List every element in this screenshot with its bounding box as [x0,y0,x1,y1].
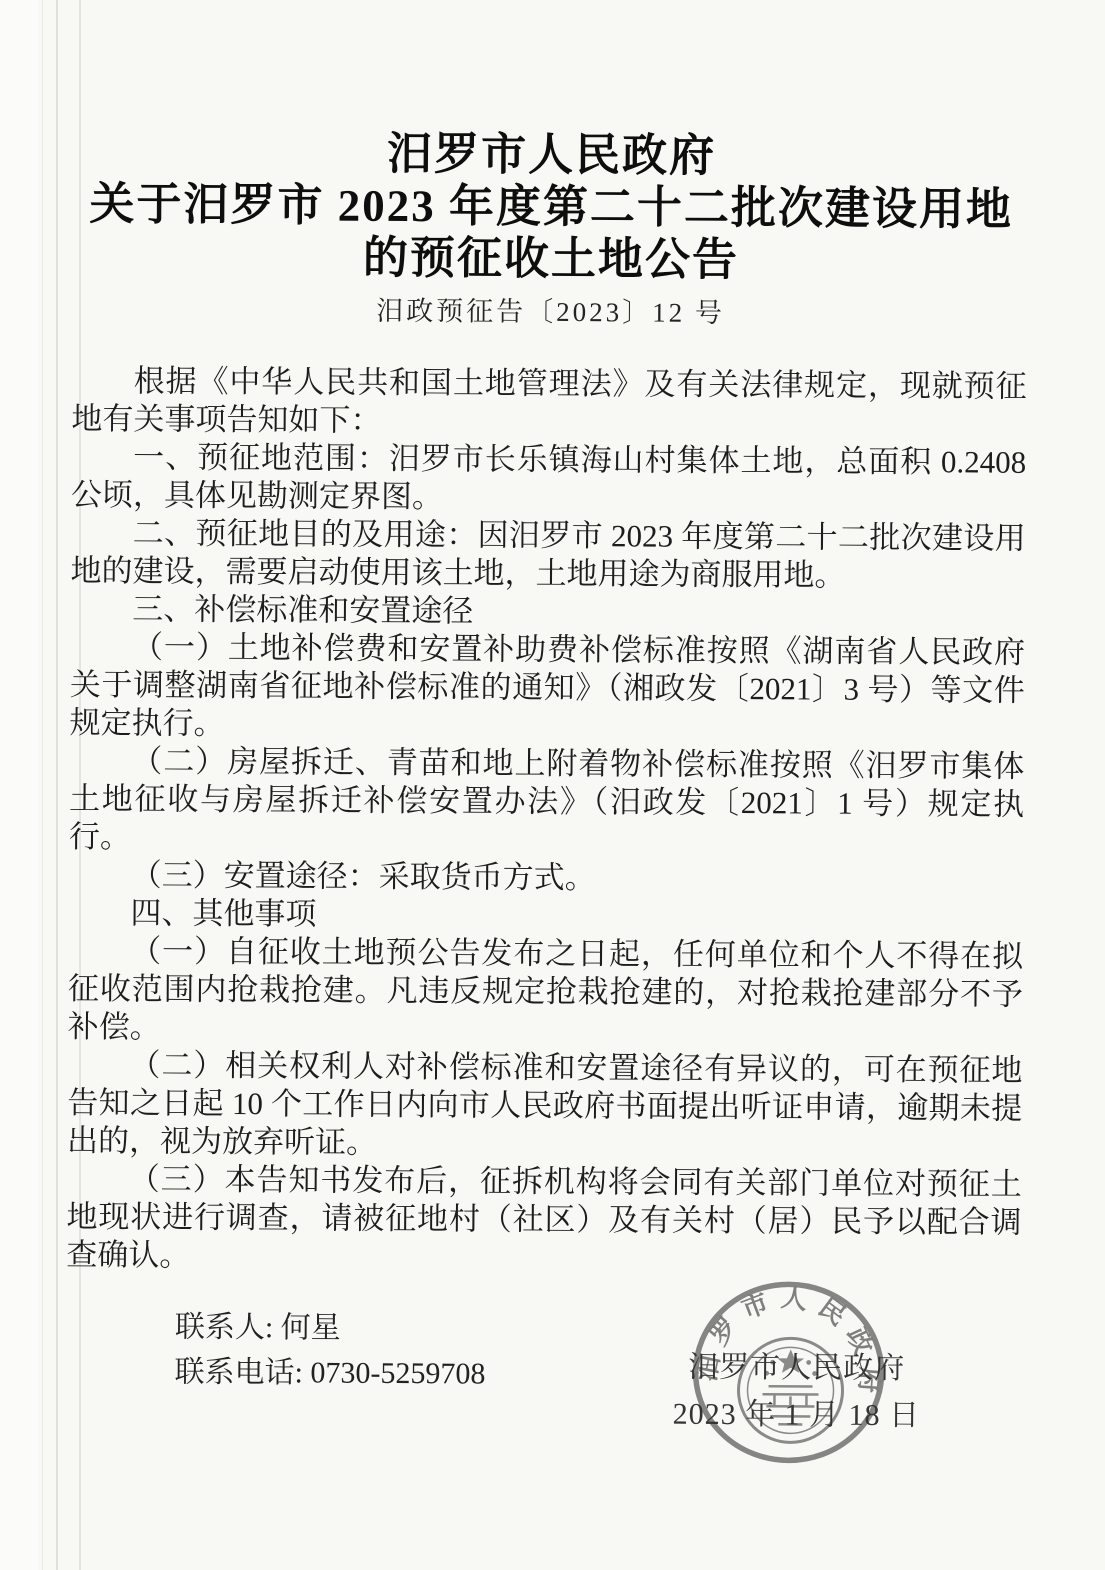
body-paragraph: （三）本告知书发布后，征拆机构将会同有关部门单位对预征土地现状进行调查，请被征地… [66,1160,1022,1280]
body-paragraph: （三）安置途径：采取货币方式。 [69,856,1024,900]
body-paragraph: 三、补偿标准和安置途径 [70,590,1025,634]
scanned-announcement-page: 汨罗市人民政府 关于汨罗市 2023 年度第二十二批次建设用地 的预征收土地公告… [0,0,1105,1570]
body-paragraph: （一）土地补偿费和安置补助费补偿标准按照《湖南省人民政府关于调整湖南省征地补偿标… [69,628,1025,748]
page-title-line-1: 汨罗市人民政府 [0,126,1104,185]
page-title-line-2: 关于汨罗市 2023 年度第二十二批次建设用地 [0,178,1104,237]
body-paragraph: （一）自征收土地预公告发布之日起，任何单位和个人不得在拟征收范围内抢栽抢建。凡违… [68,932,1024,1052]
body-paragraph: （二）房屋拆迁、青苗和地上附着物补偿标准按照《汨罗市集体土地征收与房屋拆迁补偿安… [69,742,1025,862]
page-title-line-3: 的预征收土地公告 [0,230,1104,289]
document-header: 汨罗市人民政府 关于汨罗市 2023 年度第二十二批次建设用地 的预征收土地公告… [0,126,1104,333]
body-paragraph: （二）相关权利人对补偿标准和安置途径有异议的，可在预征地告知之日起 10 个工作… [67,1046,1023,1166]
document-body: 根据《中华人民共和国土地管理法》及有关法律规定，现就预征地有关事项告知如下： 一… [0,362,1103,1281]
body-paragraph: 一、预征地范围：汨罗市长乐镇海山村集体土地，总面积 0.2408 公顷，具体见勘… [71,438,1026,520]
body-paragraph: 根据《中华人民共和国土地管理法》及有关法律规定，现就预征地有关事项告知如下： [71,362,1026,444]
signature-block: 汨罗市人民政府 2023 年 1 月 18 日 [606,1343,987,1439]
body-paragraph: 二、预征地目的及用途：因汨罗市 2023 年度第二十二批次建设用地的建设，需要启… [70,514,1025,596]
document-content: 汨罗市人民政府 关于汨罗市 2023 年度第二十二批次建设用地 的预征收土地公告… [0,0,1105,1570]
signature-issuer: 汨罗市人民政府 [607,1343,987,1392]
body-paragraph: 四、其他事项 [68,894,1023,938]
document-number: 汨政预征告〔2023〕12 号 [0,292,1103,333]
signature-date: 2023 年 1 月 18 日 [606,1390,986,1439]
